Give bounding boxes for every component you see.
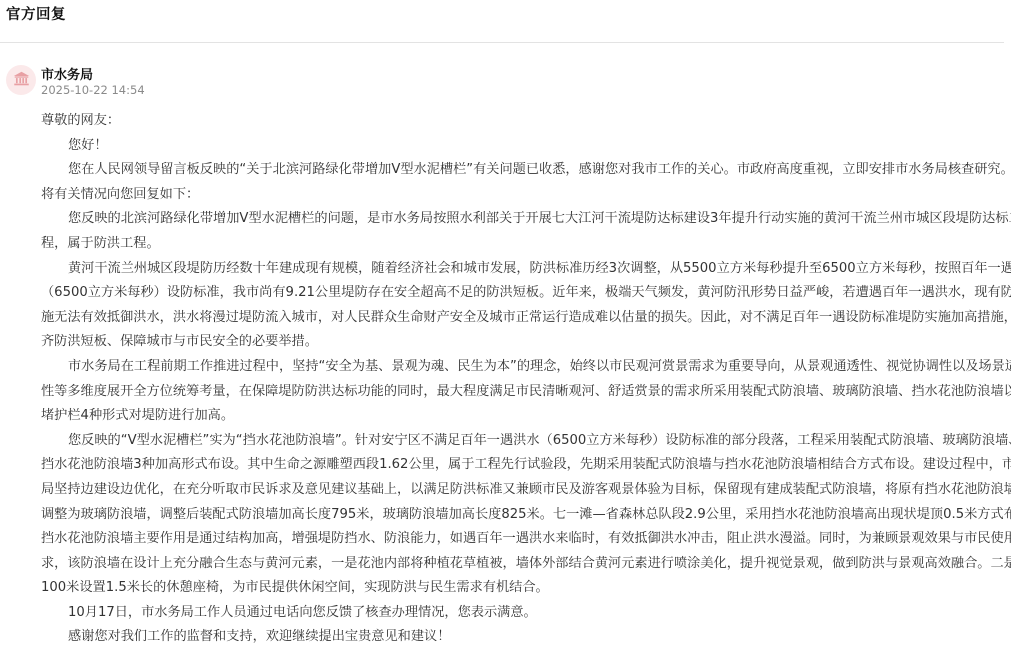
reply-line: 10月17日，市水务局工作人员通过电话向您反馈了核查办理情况，您表示满意。 (41, 601, 1009, 626)
reply-line: 施无法有效抵御洪水，洪水将漫过堤防流入城市，对人民群众生命财产安全及城市正常运行… (41, 306, 1009, 331)
reply-line: （6500立方米每秒）设防标准，我市尚有9.21公里堤防存在安全超高不足的防洪短… (41, 281, 1009, 306)
reply-line: 您反映的北滨河路绿化带增加V型水泥槽栏的问题，是市水务局按照水利部关于开展七大江… (41, 207, 1009, 232)
reply-line: 将有关情况向您回复如下： (41, 183, 1009, 208)
reply-line: 黄河干流兰州城区段堤防历经数十年建成现有规模，随着经济社会和城市发展，防洪标准历… (41, 257, 1009, 282)
reply-line: 您在人民网领导留言板反映的“关于北滨河路绿化带增加V型水泥槽栏”有关问题已收悉，… (41, 158, 1009, 183)
reply-timestamp: 2025-10-22 14:54 (41, 83, 145, 97)
reply-line: 市水务局在工程前期工作推进过程中，坚持“安全为基、景观为魂、民生为本”的理念，始… (41, 355, 1009, 380)
section-title: 官方回复 (6, 3, 66, 24)
author-name: 市水务局 (41, 64, 93, 83)
reply-line: 感谢您对我们工作的监督和支持，欢迎继续提出宝贵意见和建议！ (41, 625, 1009, 650)
reply-line: 齐防洪短板、保障城市与市民安全的必要举措。 (41, 330, 1009, 355)
reply-line: 程，属于防洪工程。 (41, 232, 1009, 257)
reply-line: 您反映的“V型水泥槽栏”实为“挡水花池防浪墙”。针对安宁区不满足百年一遇洪水（6… (41, 429, 1009, 454)
reply-body: 尊敬的网友： 您好！ 您在人民网领导留言板反映的“关于北滨河路绿化带增加V型水泥… (41, 109, 1009, 650)
reply-line: 您好！ (41, 134, 1009, 159)
reply-line: 调整为玻璃防浪墙，调整后装配式防浪墙加高长度795米，玻璃防浪墙加高长度825米… (41, 503, 1009, 528)
reply-line: 尊敬的网友： (41, 109, 1009, 134)
reply-line: 100米设置1.5米长的休憩座椅，为市民提供休闲空间，实现防洪与民生需求有机结合… (41, 576, 1009, 601)
reply-line: 挡水花池防浪墙3种加高形式布设。其中生命之源雕塑西段1.62公里，属于工程先行试… (41, 453, 1009, 478)
reply-line: 堵护栏4种形式对堤防进行加高。 (41, 404, 1009, 429)
reply-line: 求，该防浪墙在设计上充分融合生态与黄河元素，一是花池内部将种植花草植被，墙体外部… (41, 552, 1009, 577)
reply-line: 局坚持边建设边优化，在充分听取市民诉求及意见建议基础上，以满足防洪标准又兼顾市民… (41, 478, 1009, 503)
reply-line: 性等多维度展开全方位统筹考量，在保障堤防防洪达标功能的同时，最大程度满足市民清晰… (41, 380, 1009, 405)
reply-line: 挡水花池防浪墙主要作用是通过结构加高，增强堤防挡水、防浪能力，如遇百年一遇洪水来… (41, 527, 1009, 552)
government-building-icon (13, 70, 30, 91)
avatar (6, 65, 36, 95)
divider (0, 42, 1004, 43)
